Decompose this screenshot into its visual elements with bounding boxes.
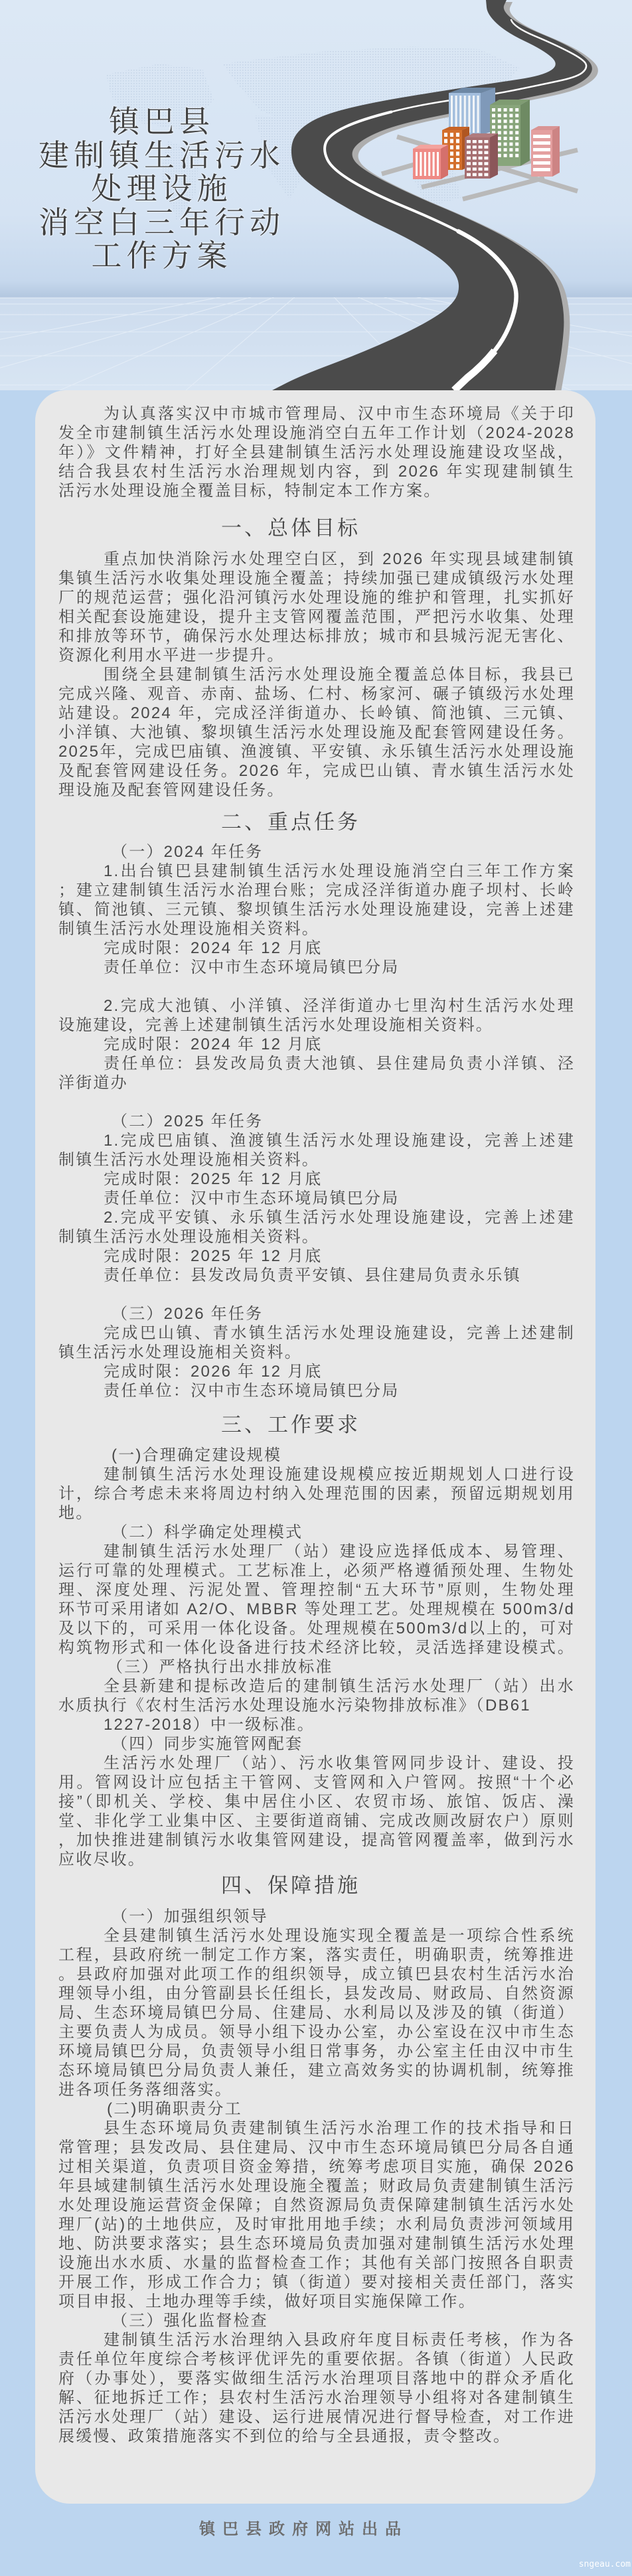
text-line: 地。 xyxy=(58,1503,575,1523)
deadline-label: 完成时限： xyxy=(104,1035,191,1053)
text-line: 2025年，完成巴庙镇、渔渡镇、平安镇、永乐镇生活污水处理设施 xyxy=(58,742,575,761)
task-line: 完成巴山镇、青水镇生活污水处理设施建设，完善上述建制 xyxy=(58,1324,575,1343)
text-line: 年）》文件精神，打好全县建制镇生活污水处理设施建设攻坚战， xyxy=(58,443,575,462)
section-heading: 三、工作要求 xyxy=(58,1401,575,1446)
text-line: 态环境局镇巴分局负责人兼任，建立高效务实的协调机制，统筹推 xyxy=(58,2061,575,2080)
subsection-2025: （二）2025 年任务 1.完成巴庙镇、渔渡镇生活污水处理设施建设，完善上述建 … xyxy=(58,1112,575,1304)
text-line: 理设施及配套管网建设任务。 xyxy=(58,781,575,800)
text-line: 小洋镇、大池镇、黎坝镇生活污水处理设施及配套管网建设任务。 xyxy=(58,723,575,742)
blank-line xyxy=(58,977,575,996)
hero-title-line: 建制镇生活污水 xyxy=(5,139,319,173)
responsible-value: 汉中市生态环境局镇巴分局 xyxy=(191,958,399,976)
text-line: 工程，县政府统一制定工作方案，落实责任，明确职责，统筹推进 xyxy=(58,1945,575,1965)
paragraph: 围绕全县建制镇生活污水处理设施全覆盖总体目标，我县已 完成兴隆、观音、赤南、盐场… xyxy=(58,665,575,800)
deadline-label: 完成时限： xyxy=(104,1170,191,1188)
hero-title-line: 消空白三年行动 xyxy=(5,206,319,240)
text-line: 建制镇生活污水处理设施建设规模应按近期规划人口进行设 xyxy=(58,1465,575,1484)
text-line: 相关配套设施建设，提升主支管网覆盖范围，严把污水收集、处理 xyxy=(58,607,575,627)
text-line: 生活污水处理厂（站）、污水收集管网同步设计、建设、投 xyxy=(58,1754,575,1773)
footer-credit: 镇巴县政府网站出品 xyxy=(199,2519,408,2539)
text-line: 建制镇生活污水处理厂（站）建设应选择低成本、易管理、 xyxy=(58,1542,575,1561)
responsible-label: 责任单位： xyxy=(104,958,191,976)
text-line: 运行可靠的处理模式。工艺标准上，必须严格遵循预处理、生物处 xyxy=(58,1561,575,1580)
text-line: 府（办事处），要落实做细生活污水治理项目落地中的群众矛盾化 xyxy=(58,2369,575,2388)
responsible-value: 县发改局负责大池镇、县住建局负责小洋镇、泾 xyxy=(195,1055,575,1073)
text-line: 常管理；县发改局、县住建局、汉中市生态环境局镇巴分局各自通 xyxy=(58,2138,575,2157)
subsection-title: (二)明确职责分工 xyxy=(58,2099,575,2119)
text-line: 结合我县农村生活污水治理规划内容，到 2026 年实现建制镇生 xyxy=(58,462,575,481)
text-line: 发全市建制镇生活污水处理设施消空白五年工作计划（2024-2028 xyxy=(58,423,575,443)
responsible-line: 责任单位：汉中市生态环境局镇巴分局 xyxy=(58,1189,575,1208)
text-line: 及以下的，可采用一体化设备。处理规模在500m3/d以上的，可对 xyxy=(58,1619,575,1638)
text-line: 集镇生活污水收集处理设施全覆盖；持续加强已建成镇级污水处理 xyxy=(58,569,575,588)
subsection: （三）强化监督检查 建制镇生活污水治理纳入县政府年度目标责任考核，作为各 责任单… xyxy=(58,2311,575,2446)
deadline-value: 2024 年 12 月底 xyxy=(191,939,323,957)
text-line: 为认真落实汉中市城市管理局、汉中市生态环境局《关于印 xyxy=(58,404,575,423)
blank-line xyxy=(58,1285,575,1304)
responsible-label: 责任单位： xyxy=(104,1055,195,1073)
deadline-line: 完成时限：2026 年 12 月底 xyxy=(58,1362,575,1381)
responsible-label: 责任单位： xyxy=(104,1266,191,1284)
deadline-line: 完成时限：2025 年 12 月底 xyxy=(58,1247,575,1266)
deadline-line: 完成时限：2024 年 12 月底 xyxy=(58,939,575,958)
text-line: 解、征地拆迁工作；县农村生活污水治理领导小组将对各建制镇生 xyxy=(58,2388,575,2407)
intro-paragraph: 为认真落实汉中市城市管理局、汉中市生态环境局《关于印 发全市建制镇生活污水处理设… xyxy=(58,404,575,500)
responsible-line: 责任单位：县发改局负责大池镇、县住建局负责小洋镇、泾 xyxy=(58,1054,575,1073)
text-line: 厂的规范运营；强化沿河镇污水处理设施的维护和管理，扎实抓好 xyxy=(58,588,575,607)
text-line: 。县政府加强对此项工作的组织领导，成立镇巴县农村生活污水治 xyxy=(58,1965,575,1984)
deadline-value: 2025 年 12 月底 xyxy=(191,1247,323,1265)
deadline-label: 完成时限： xyxy=(104,1363,191,1381)
subsection-title: （三）2026 年任务 xyxy=(58,1304,575,1324)
paragraph: 重点加快消除污水处理空白区，到 2026 年实现县域建制镇 集镇生活污水收集处理… xyxy=(58,550,575,665)
text-line: 项目申报、土地办理等手续，做好项目实施保障工作。 xyxy=(58,2292,575,2311)
subsection-title: （四）同步实施管网配套 xyxy=(58,1734,575,1754)
text-line: 重点加快消除污水处理空白区，到 2026 年实现县域建制镇 xyxy=(58,550,575,569)
task-line: 制镇生活污水处理设施相关资料。 xyxy=(58,1227,575,1247)
subsection: (一)合理确定建设规模 建制镇生活污水处理设施建设规模应按近期规划人口进行设 计… xyxy=(58,1446,575,1523)
responsible-value: 县发改局负责平安镇、县住建局负责永乐镇 xyxy=(191,1266,521,1284)
responsible-value: 汉中市生态环境局镇巴分局 xyxy=(191,1189,399,1207)
text-line: 构筑物形式和一体化设备进行技术经济比较，灵活选择建设模式。 xyxy=(58,1638,575,1657)
text-line: 理领导小组，由分管副县长任组长，县发改局、财政局、自然资源 xyxy=(58,1984,575,2003)
task-line: 2.完成大池镇、小洋镇、泾洋街道办七里沟村生活污水处理 xyxy=(58,996,575,1016)
task-line: 镇生活污水处理设施相关资料。 xyxy=(58,1343,575,1362)
blank-line xyxy=(58,1093,575,1112)
text-line: 局、生态环境局镇巴分局、住建局、水利局以及涉及的镇（街道） xyxy=(58,2003,575,2022)
task-line: 制镇生活污水处理设施相关资料。 xyxy=(58,1150,575,1170)
section-heading: 四、保障措施 xyxy=(58,1869,575,1907)
task-line: 制镇生活污水处理设施相关资料。 xyxy=(58,919,575,939)
hero-title-line: 处理设施 xyxy=(5,172,319,206)
subsection-title: （二）科学确定处理模式 xyxy=(58,1523,575,1542)
hero-title: 镇巴县 建制镇生活污水 处理设施 消空白三年行动 工作方案 xyxy=(0,105,319,273)
text-line: 全县建制镇生活污水处理设施实现全覆盖是一项综合性系统 xyxy=(58,1926,575,1945)
task-line: 1.出台镇巴县建制镇生活污水处理设施消空白三年工作方案 xyxy=(58,862,575,881)
hero-title-line: 工作方案 xyxy=(5,239,319,273)
watermark: sngeau.com xyxy=(579,2559,631,2570)
hero-banner: 镇巴县 建制镇生活污水 处理设施 消空白三年行动 工作方案 xyxy=(0,0,632,390)
subsection-title: （一）加强组织领导 xyxy=(58,1907,575,1926)
responsible-label: 责任单位： xyxy=(104,1189,191,1207)
deadline-value: 2024 年 12 月底 xyxy=(191,1035,323,1053)
text-line: 开展工作，形成工作合力；镇（街道）要对接相关责任部门，落实 xyxy=(58,2273,575,2292)
text-line: 展缓慢、政策措施落实不到位的给与全县通报，责令整改。 xyxy=(58,2427,575,2446)
section-heading: 一、总体目标 xyxy=(58,500,575,550)
deadline-value: 2025 年 12 月底 xyxy=(191,1170,323,1188)
text-line: 环境局镇巴分局，负责领导小组日常事务，办公室主任由汉中市生 xyxy=(58,2042,575,2061)
text-line: 活污水处理设施全覆盖目标，特制定本工作方案。 xyxy=(58,481,575,500)
text-line: 活污水处理厂（站）建设、运行进展情况进行督导检查，对工作进 xyxy=(58,2407,575,2427)
text-line: 和排放等环节，确保污水处理达标排放；城市和县城污泥无害化、 xyxy=(58,627,575,646)
text-line: 1227-2018）中一级标准。 xyxy=(58,1715,575,1734)
text-line: 年县域建制镇生活污水处理设施全覆盖；财政局负责建制镇生活污 xyxy=(58,2176,575,2196)
responsible-line: 责任单位：汉中市生态环境局镇巴分局 xyxy=(58,958,575,977)
task-line: 镇、简池镇、三元镇、黎坝镇生活污水处理设施建设，完善上述建 xyxy=(58,900,575,919)
text-line: 接”（即机关、学校、集中居住小区、农贸市场、旅馆、饭店、澡 xyxy=(58,1792,575,1811)
subsection: （三）严格执行出水排放标准 全县新建和提标改造后的建制镇生活污水处理厂（站）出水… xyxy=(58,1657,575,1734)
text-line: 建制镇生活污水治理纳入县政府年度目标责任考核，作为各 xyxy=(58,2330,575,2350)
text-line: 责任单位年度综合考核评优评先的重要依据。各镇（街道）人民政 xyxy=(58,2350,575,2369)
task-line: 设施建设，完善上述建制镇生活污水处理设施相关资料。 xyxy=(58,1016,575,1035)
subsection-title: （三）强化监督检查 xyxy=(58,2311,575,2330)
subsection: （二）科学确定处理模式 建制镇生活污水处理厂（站）建设应选择低成本、易管理、 运… xyxy=(58,1523,575,1657)
text-line: 进各项任务落细落实。 xyxy=(58,2080,575,2099)
text-line: 计，综合考虑未来将周边村纳入处理范围的因素，预留远期规划用 xyxy=(58,1484,575,1503)
text-line: 环节可采用诸如 A2/O、MBBR 等处理工艺。处理规模在 500m3/d xyxy=(58,1600,575,1619)
responsible-value: 汉中市生态环境局镇巴分局 xyxy=(191,1382,399,1400)
text-line: 理、深度处理、污泥处置、管理控制“五大环节”原则，生物处理 xyxy=(58,1580,575,1600)
responsible-line: 洋街道办 xyxy=(58,1073,575,1093)
deadline-value: 2026 年 12 月底 xyxy=(191,1363,323,1381)
deadline-line: 完成时限：2024 年 12 月底 xyxy=(58,1035,575,1054)
subsection: （一）加强组织领导 全县建制镇生活污水处理设施实现全覆盖是一项综合性系统 工程，… xyxy=(58,1907,575,2099)
subsection-title: （一）2024 年任务 xyxy=(58,842,575,862)
text-line: ，加快推进建制镇污水收集管网建设，提高管网覆盖率，做到污水 xyxy=(58,1831,575,1850)
subsection-title: （二）2025 年任务 xyxy=(58,1112,575,1131)
text-line: 资源化利用水平进一步提升。 xyxy=(58,646,575,665)
subsection-title: （三）严格执行出水排放标准 xyxy=(58,1657,575,1677)
text-line: 理厂(站)的土地供应，及时审批用地手续；水利局负责涉河领域用 xyxy=(58,2215,575,2234)
subsection: (二)明确职责分工 县生态环境局负责建制镇生活污水治理工作的技术指导和日 常管理… xyxy=(58,2099,575,2311)
text-line: 完成兴隆、观音、赤南、盐场、仁村、杨家河、碾子镇级污水处理 xyxy=(58,684,575,704)
subsection-2026: （三）2026 年任务 完成巴山镇、青水镇生活污水处理设施建设，完善上述建制 镇… xyxy=(58,1304,575,1401)
text-line: 水处理设施运营资金保障；自然资源局负责保障建制镇生活污水处 xyxy=(58,2196,575,2215)
text-line: 用。管网设计应包括主干管网、支管网和入户管网。按照“十个必 xyxy=(58,1773,575,1792)
task-line: ；建立建制镇生活污水治理台账；完成泾洋街道办鹿子坝村、长岭 xyxy=(58,881,575,900)
responsible-line: 责任单位：汉中市生态环境局镇巴分局 xyxy=(58,1381,575,1401)
text-line: 地、防洪要求落实；县生态环境局负责加强对建制镇生活污水处理 xyxy=(58,2234,575,2253)
deadline-line: 完成时限：2025 年 12 月底 xyxy=(58,1170,575,1189)
text-line: 水质执行《农村生活污水处理设施水污染物排放标准》（DB61 xyxy=(58,1696,575,1715)
subsection-title: (一)合理确定建设规模 xyxy=(58,1446,575,1465)
subsection-2024: （一）2024 年任务 1.出台镇巴县建制镇生活污水处理设施消空白三年工作方案 … xyxy=(58,842,575,1112)
deadline-label: 完成时限： xyxy=(104,939,191,957)
text-line: 县生态环境局负责建制镇生活污水治理工作的技术指导和日 xyxy=(58,2119,575,2138)
text-line: 设施出水水质、水量的监督检查工作；其他有关部门按照各自职责 xyxy=(58,2253,575,2273)
text-line: 过相关渠道，负责项目资金筹措，统筹考虑项目实施，确保 2026 xyxy=(58,2157,575,2176)
responsible-label: 责任单位： xyxy=(104,1382,191,1400)
text-line: 及配套管网建设任务。2026 年，完成巴山镇、青水镇生活污水处 xyxy=(58,761,575,781)
text-line: 围绕全县建制镇生活污水处理设施全覆盖总体目标，我县已 xyxy=(58,665,575,684)
text-line: 主要负责人为成员。领导小组下设办公室，办公室设在汉中市生态 xyxy=(58,2022,575,2042)
text-line: 堂、非化学工业集中区、主要街道商铺、完成改厕改厨农户）原则 xyxy=(58,1811,575,1831)
text-line: 应收尽收。 xyxy=(58,1850,575,1869)
text-line: 全县新建和提标改造后的建制镇生活污水处理厂（站）出水 xyxy=(58,1677,575,1696)
task-line: 2.完成平安镇、永乐镇生活污水处理设施建设，完善上述建 xyxy=(58,1208,575,1227)
document-card: 为认真落实汉中市城市管理局、汉中市生态环境局《关于印 发全市建制镇生活污水处理设… xyxy=(35,390,595,2504)
section-heading: 二、重点任务 xyxy=(58,800,575,842)
subsection: （四）同步实施管网配套 生活污水处理厂（站）、污水收集管网同步设计、建设、投 用… xyxy=(58,1734,575,1869)
task-line: 1.完成巴庙镇、渔渡镇生活污水处理设施建设，完善上述建 xyxy=(58,1131,575,1150)
text-line: 站建设。2024 年，完成泾洋街道办、长岭镇、简池镇、三元镇、 xyxy=(58,704,575,723)
responsible-line: 责任单位：县发改局负责平安镇、县住建局负责永乐镇 xyxy=(58,1266,575,1285)
deadline-label: 完成时限： xyxy=(104,1247,191,1265)
hero-title-line: 镇巴县 xyxy=(5,105,319,139)
